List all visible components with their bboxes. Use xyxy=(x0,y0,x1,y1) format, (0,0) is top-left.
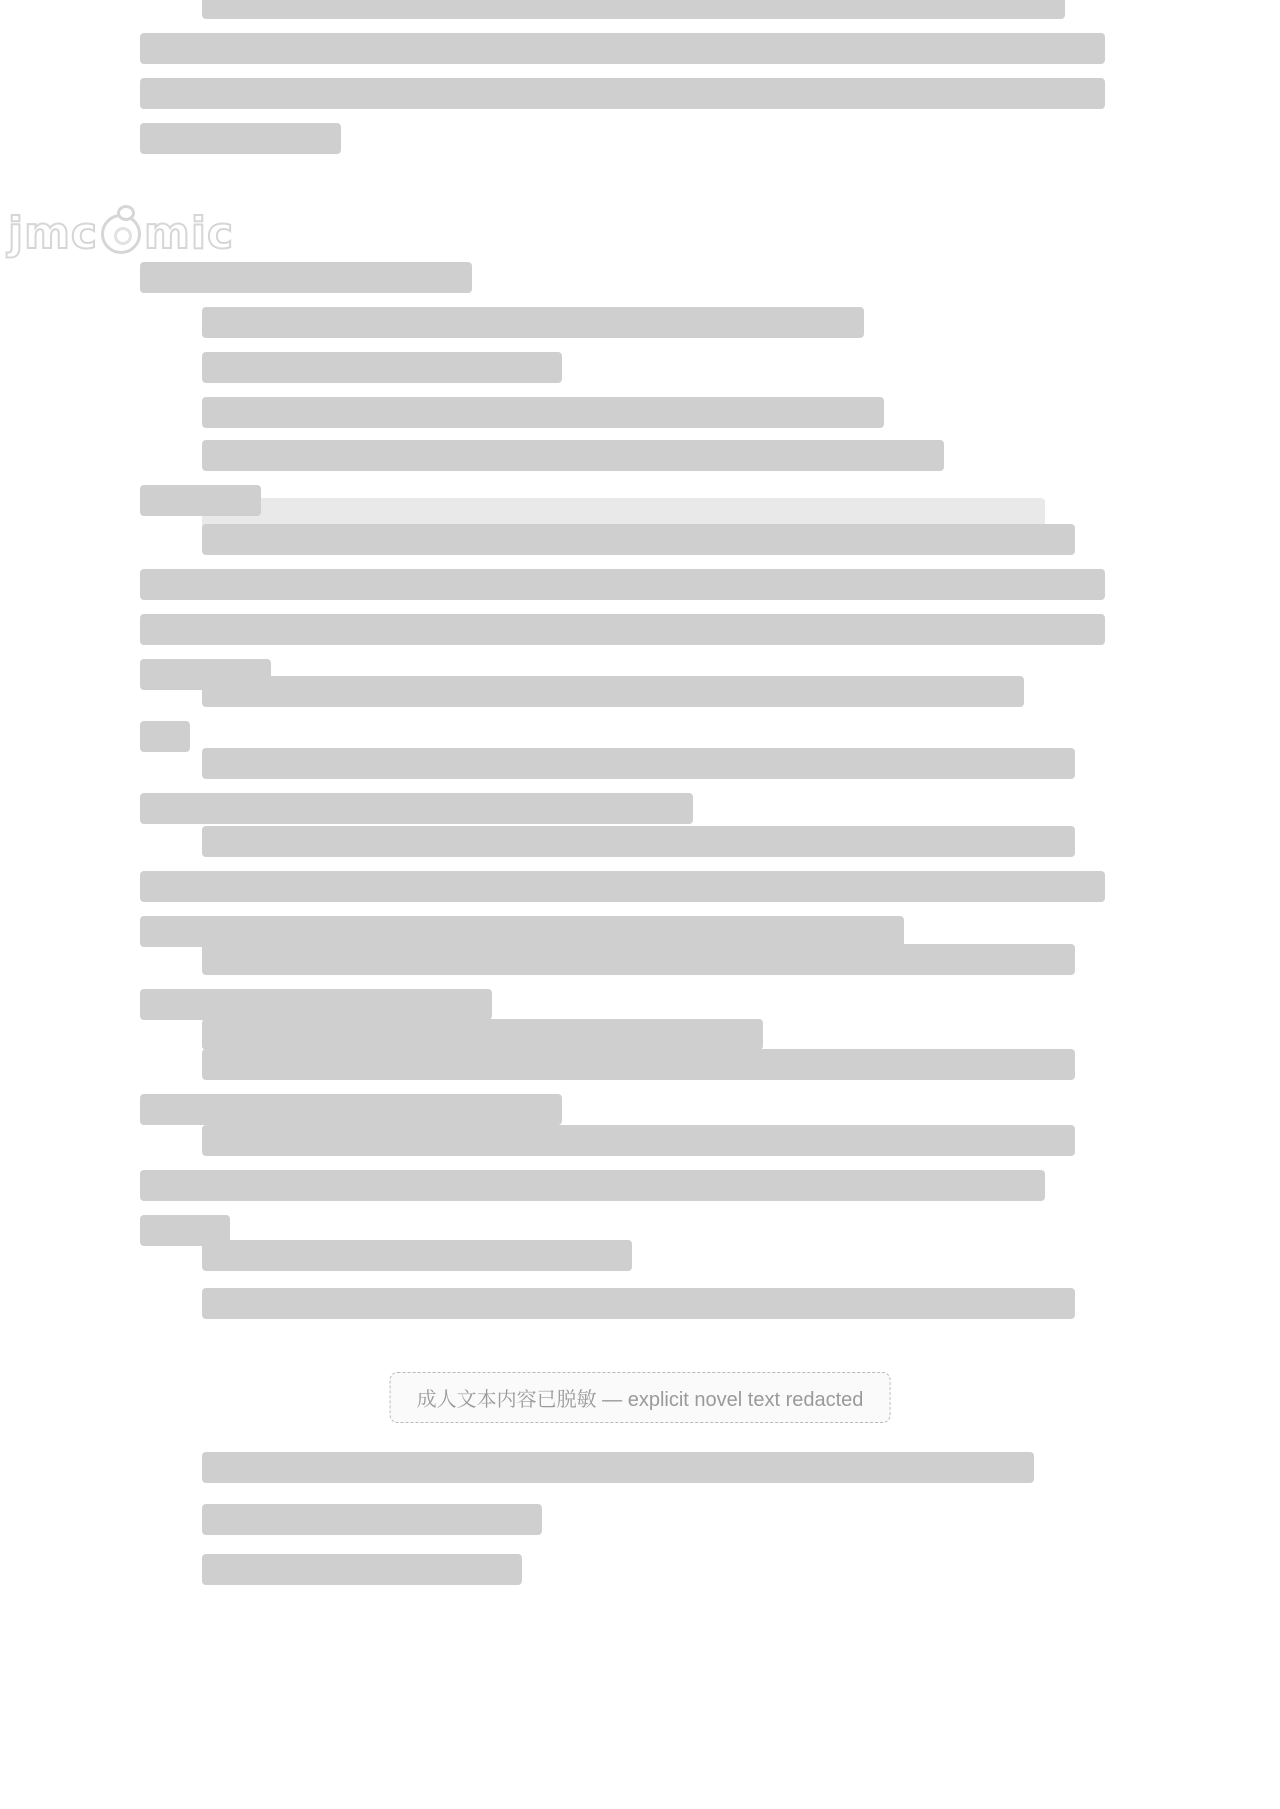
text-line-redacted xyxy=(202,1288,1075,1319)
text-line-redacted xyxy=(140,33,1105,64)
text-line-redacted xyxy=(202,676,1024,707)
text-line-redacted xyxy=(140,123,341,154)
paragraph-redacted xyxy=(140,397,1145,442)
text-line-redacted xyxy=(140,262,472,293)
text-line-redacted xyxy=(140,1170,1045,1201)
text-line-redacted xyxy=(140,916,904,947)
jmcomic-logo-icon xyxy=(101,214,141,254)
text-line-redacted xyxy=(202,0,1065,19)
text-line-redacted xyxy=(202,440,944,471)
paragraph-redacted xyxy=(140,1288,1145,1333)
redaction-notice: 成人文本内容已脱敏 — explicit novel text redacted xyxy=(390,1372,891,1423)
text-line-redacted xyxy=(202,1125,1075,1156)
text-line-redacted xyxy=(140,793,693,824)
text-line-redacted xyxy=(202,1554,522,1585)
paragraph-redacted xyxy=(140,0,1145,168)
paragraph-redacted xyxy=(140,826,1145,961)
text-line-redacted xyxy=(140,989,492,1020)
paragraph-redacted xyxy=(140,1452,1145,1497)
text-line-redacted xyxy=(202,307,864,338)
paragraph-redacted xyxy=(140,352,1145,397)
text-line-redacted xyxy=(140,871,1105,902)
text-line-redacted xyxy=(202,826,1075,857)
text-line-redacted xyxy=(140,1094,562,1125)
text-line-redacted xyxy=(202,352,562,383)
paragraph-redacted xyxy=(140,1504,1145,1549)
text-line-redacted xyxy=(140,614,1105,645)
text-line-redacted xyxy=(202,944,1075,975)
text-line-redacted xyxy=(202,1019,763,1050)
reader-page: jmc mic 成人文本内容已脱敏 — explicit novel text … xyxy=(0,0,1280,1809)
text-line-redacted xyxy=(202,397,884,428)
text-line-redacted xyxy=(140,569,1105,600)
paragraph-redacted xyxy=(140,1240,1145,1285)
watermark-text-suffix: mic xyxy=(144,208,234,259)
paragraph-redacted xyxy=(140,307,1145,352)
text-line-redacted xyxy=(140,78,1105,109)
paragraph-redacted xyxy=(140,262,1145,307)
text-line-redacted xyxy=(202,524,1075,555)
paragraph-redacted xyxy=(140,1554,1145,1599)
text-line-redacted xyxy=(202,1504,542,1535)
watermark-text-prefix: jmc xyxy=(8,208,98,259)
text-line-redacted xyxy=(202,1240,632,1271)
jmcomic-watermark: jmc mic xyxy=(8,208,234,259)
text-line-redacted xyxy=(202,1049,1075,1080)
text-line-redacted xyxy=(202,1452,1034,1483)
text-line-redacted xyxy=(202,748,1075,779)
paragraph-redacted xyxy=(140,748,1145,838)
